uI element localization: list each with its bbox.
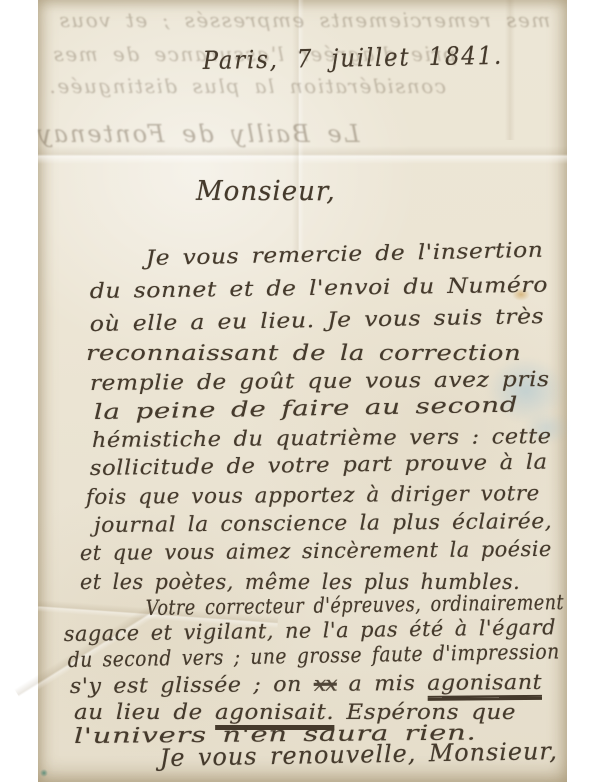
dateline: Paris, 7 juillet 1841. bbox=[202, 41, 503, 75]
correction-before: s'y est glissée ; on bbox=[70, 672, 314, 698]
body-line: fois que vous apportez à diriger votre bbox=[86, 481, 540, 509]
body-line: et que vous aimez sincèrement la poésie bbox=[80, 537, 552, 565]
body-line: hémistiche du quatrième vers : cette bbox=[92, 424, 552, 452]
body-line: et les poètes, même les plus humbles. bbox=[80, 570, 520, 594]
body-line: reconnaissant de la correction bbox=[86, 341, 521, 365]
letter-scan: mes remerciements empressés ; et vous pr… bbox=[0, 0, 600, 782]
correction-before: au lieu de bbox=[74, 700, 215, 724]
scribbled-out-word: xx bbox=[314, 672, 337, 696]
bleedthrough-signature: Le Bailly de Fontenay bbox=[36, 120, 360, 148]
body-line-correction: s'y est glissée ; on xx a mis agonisant bbox=[70, 670, 542, 701]
bleedthrough-line: mes remerciements empressés ; et vous bbox=[58, 8, 550, 32]
body-line: remplie de goût que vous avez pris bbox=[90, 367, 550, 395]
salutation: Monsieur, bbox=[196, 176, 336, 207]
body-line: journal la conscience la plus éclairée, bbox=[94, 509, 553, 537]
bleedthrough-line: considération la plus distinguée. bbox=[48, 74, 446, 98]
correction-mid: a mis bbox=[337, 671, 428, 696]
underlined-word-agonisant: agonisant bbox=[427, 672, 542, 698]
